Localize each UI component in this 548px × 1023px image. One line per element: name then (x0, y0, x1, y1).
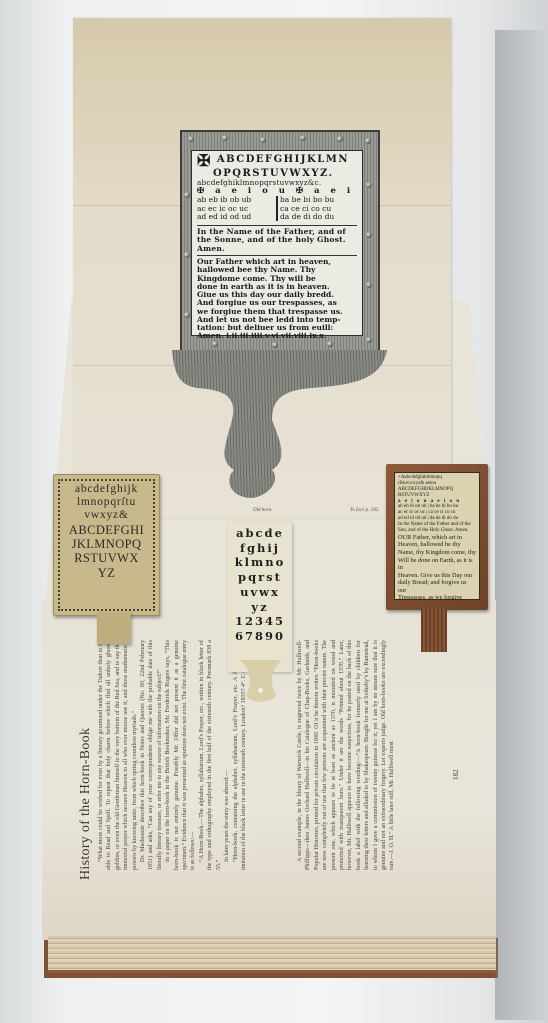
rivet-icon (188, 136, 194, 142)
body-text-col1: “What more could be wished for even by a… (97, 640, 248, 870)
invocation-text: In the Name of the Father, and of the So… (197, 225, 357, 253)
page-number: 182 (452, 770, 460, 781)
hornbook-left: abcdefghijk lmnopqrſtu vwxyz& ABCDEFGHI … (53, 474, 160, 616)
right-invocation: In the Name of the Father and of the Son… (398, 522, 476, 534)
rivet-icon (366, 337, 372, 343)
rivet-icon (184, 312, 190, 318)
rivet-icon (366, 182, 372, 188)
alphabet-lowercase: abcdefghiklmnopqrstuvwxyz&c. (197, 179, 357, 187)
hanging-hole (258, 688, 263, 693)
rivet-icon (300, 135, 306, 141)
hornbook-illustration-text: ✠ ABCDEFGHIJKLMN OPQRSTUVWXYZ. abcdefghi… (191, 150, 363, 336)
left-lowercase-2: lmnopqrſtu (62, 496, 151, 509)
hornbook-left-handle (97, 612, 131, 644)
lords-prayer: Our Father which art in heaven, hallowed… (197, 255, 357, 341)
page-edges (48, 936, 496, 973)
rivet-icon (184, 192, 190, 198)
mid-line: fghij (231, 541, 289, 556)
plate-caption-right: To face p. 182. (350, 508, 379, 513)
left-lowercase-1: abcdefghijk (62, 483, 151, 496)
left-uppercase-3: RSTUVWX (62, 551, 151, 565)
rivet-icon (365, 138, 371, 144)
mid-line: 12345 (231, 614, 289, 629)
rivet-icon (337, 136, 343, 142)
rivet-icon (327, 341, 333, 347)
mid-line: abcde (231, 526, 289, 541)
hornbook-right-handle (421, 608, 447, 652)
rivet-icon (260, 137, 266, 143)
left-uppercase-1: ABCDEFGHI (62, 523, 151, 537)
rivet-icon (222, 135, 228, 141)
running-title: History of the Horn-Book (78, 728, 94, 880)
hornbook-illustration-frame: ✠ ABCDEFGHIJKLMN OPQRSTUVWXYZ. abcdefghi… (180, 130, 380, 356)
body-text-col2: A second example, in the library of Warw… (296, 640, 397, 870)
left-uppercase-2: JKLMNOPQ (62, 537, 151, 551)
mid-line: uvwx (231, 585, 289, 600)
syllabary: ab eb ib ob ubac ec ic oc ucad ed id od … (197, 196, 357, 221)
alphabet-uppercase-2: OPQRSTUVWXYZ. (197, 168, 357, 179)
rivet-icon (366, 232, 372, 238)
rivet-icon (184, 252, 190, 258)
page-shadow (495, 30, 548, 1020)
right-prayer: OUR Father, which art in Heaven, hallowe… (398, 534, 476, 600)
hornbook-middle: abcde fghij klmno pqrst uvwx yz 12345 67… (228, 522, 292, 672)
left-uppercase-4: YZ (62, 566, 151, 580)
rivet-icon (212, 341, 218, 347)
mid-line: yz (231, 600, 289, 615)
alphabet-uppercase: ABCDEFGHIJKLMN (217, 154, 349, 165)
rivet-icon (272, 342, 278, 348)
mid-line: 67890 (231, 629, 289, 644)
mid-line: pqrst (231, 570, 289, 585)
cross-icon: ✠ (197, 154, 212, 168)
mid-line: klmno (231, 555, 289, 570)
hornbook-right: +Aabcdefghiklmnopq rſstuvwxyz& aeiou ABC… (386, 464, 488, 610)
left-lowercase-3: vwxyz& (62, 509, 151, 522)
plate-caption-left: Old horn. (253, 508, 272, 513)
rivet-icon (366, 282, 372, 288)
